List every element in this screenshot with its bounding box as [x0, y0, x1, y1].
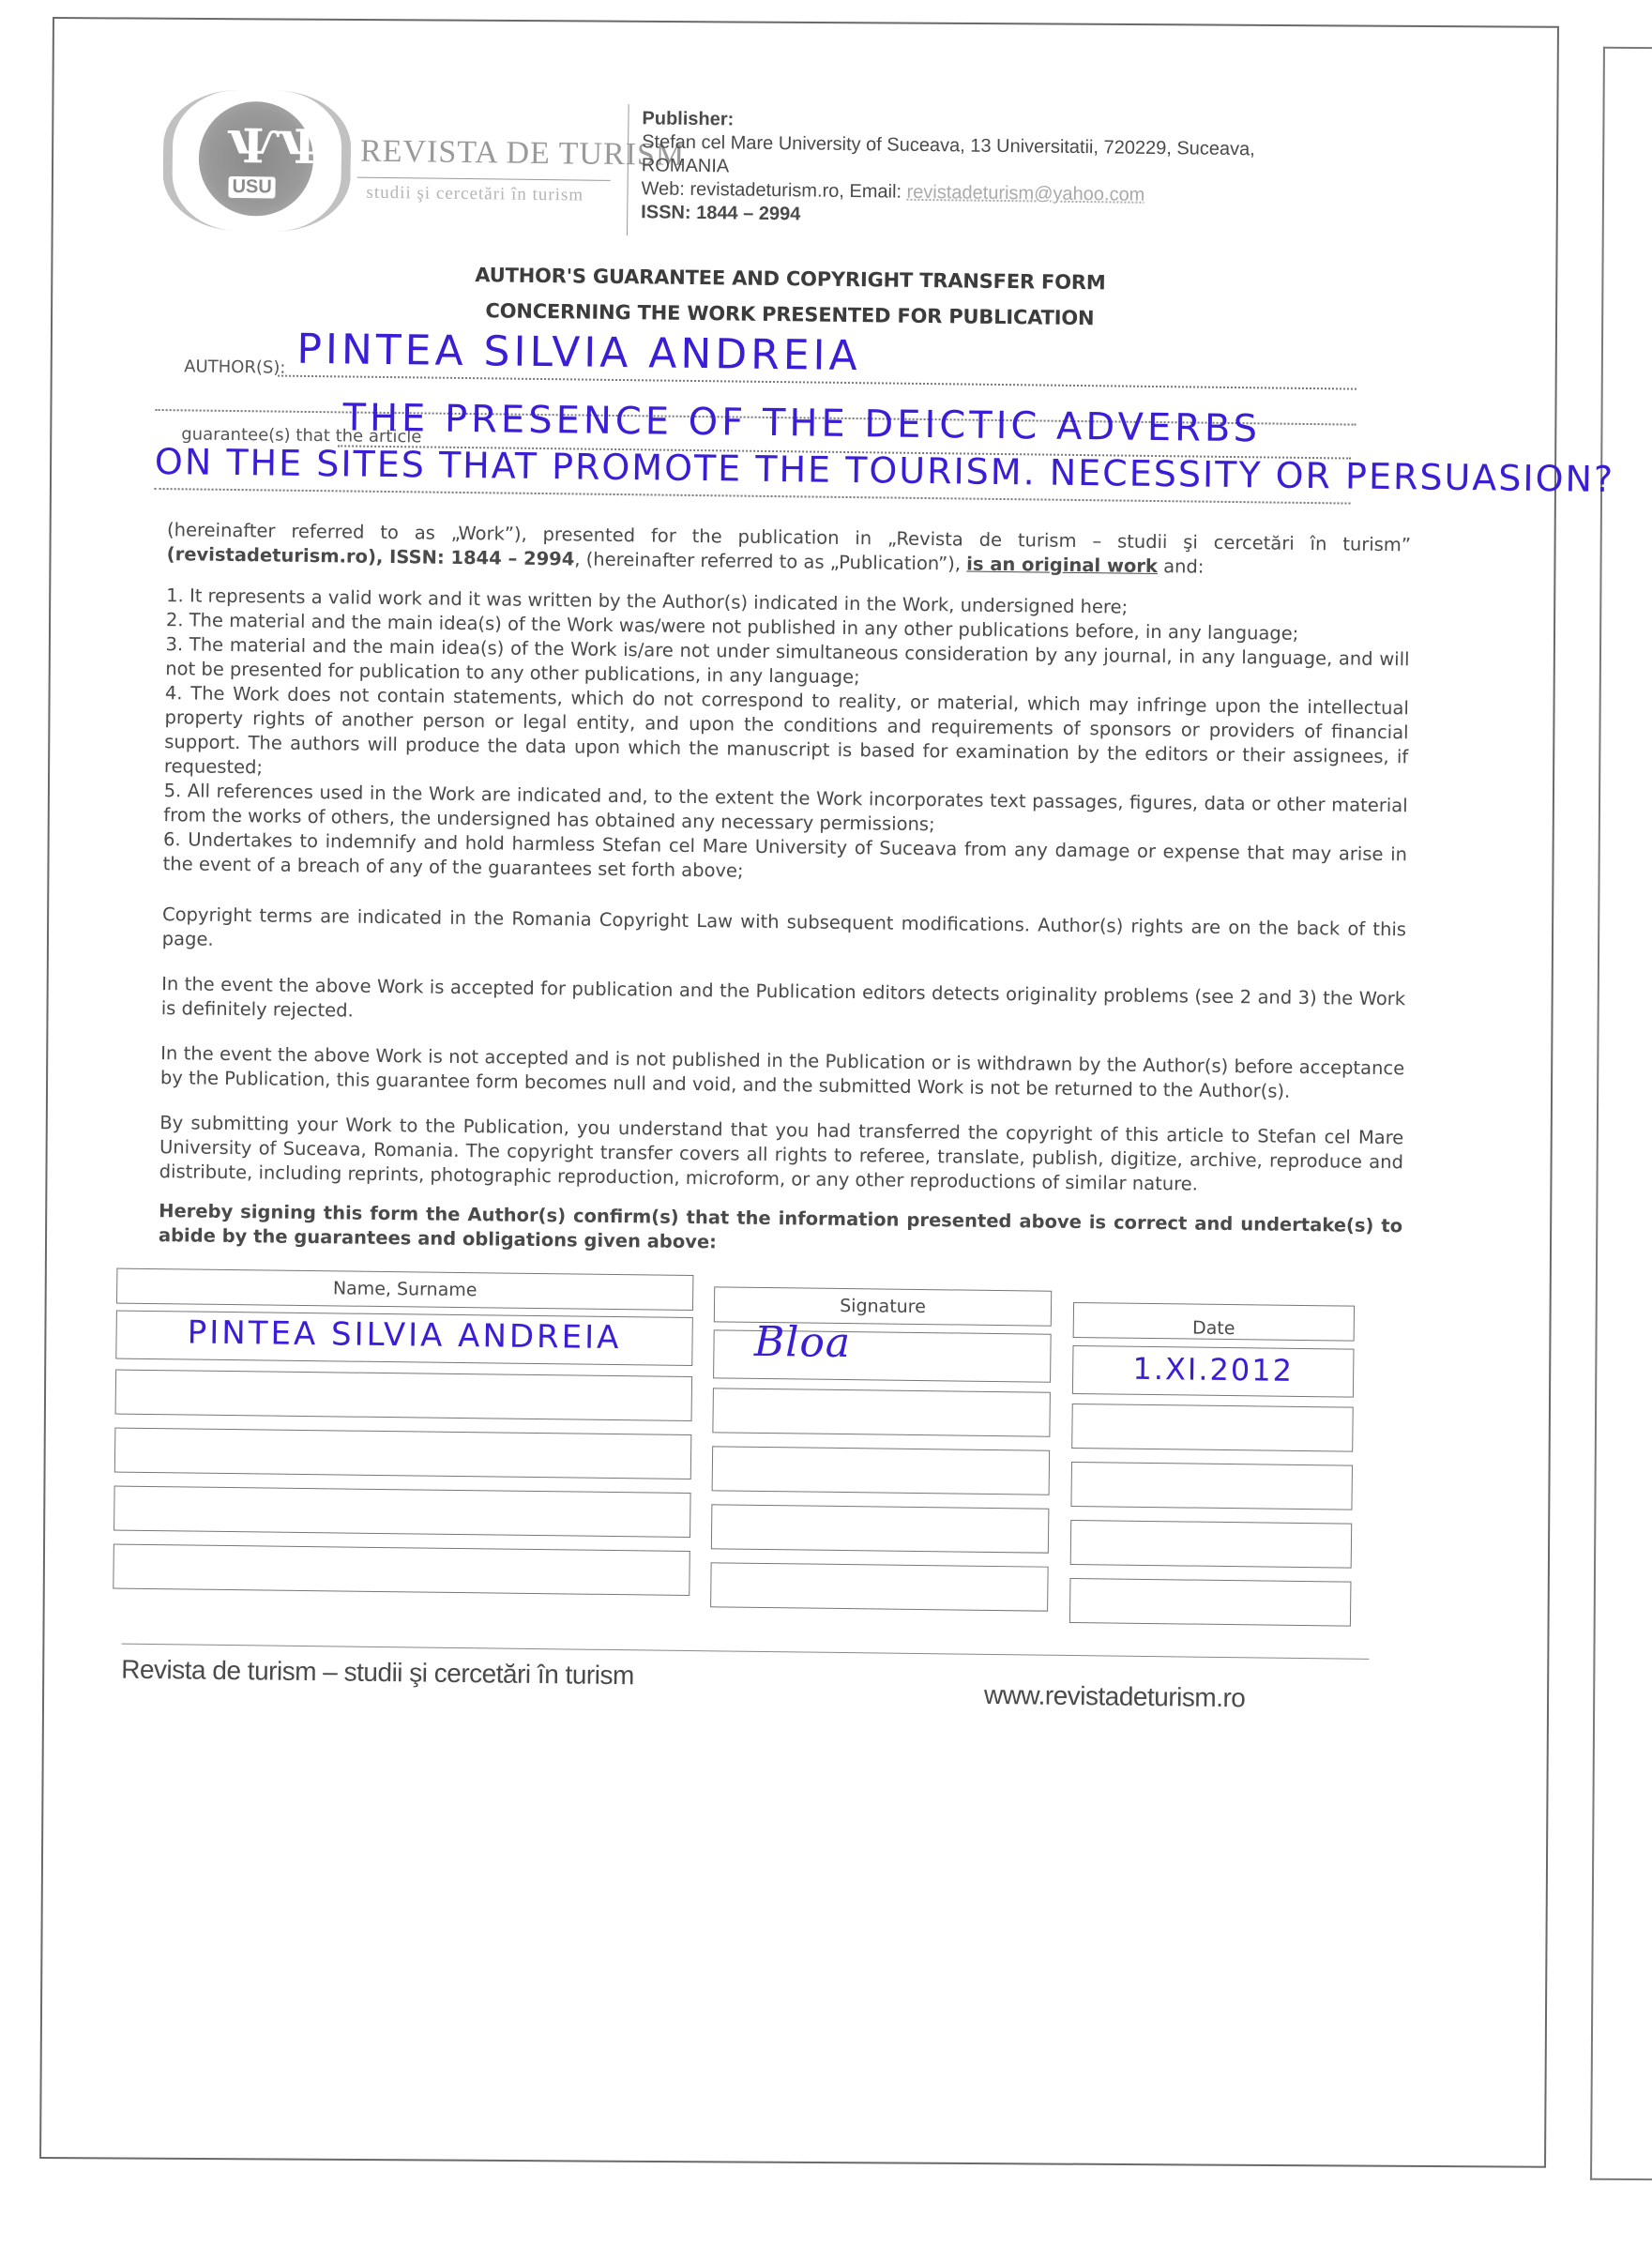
column-header-name: Name, Surname	[116, 1268, 693, 1312]
signature-cell[interactable]: Bloa	[713, 1329, 1052, 1382]
date-cell[interactable]	[1070, 1462, 1353, 1510]
divider	[357, 177, 611, 181]
column-header-date: Date	[1073, 1302, 1355, 1342]
usu-logo-icon: ѰѰ USU	[162, 89, 352, 232]
article-title-handwritten[interactable]: THE PRESENCE OF THE DEICTIC ADVERBS	[342, 396, 1261, 450]
clause-item: 4. The Work does not contain statements,…	[164, 681, 1409, 794]
intro-paragraph: (hereinafter referred to as „Work”), pre…	[167, 518, 1412, 582]
guarantee-clauses: 1. It represents a valid work and it was…	[163, 584, 1411, 891]
journal-subtitle: studii şi cercetări în turism	[366, 183, 584, 206]
email-link[interactable]: revistadeturism@yahoo.com	[906, 182, 1144, 205]
adjacent-page-edge	[1590, 47, 1652, 2180]
signature-cell[interactable]	[712, 1388, 1051, 1436]
date-cell[interactable]	[1071, 1404, 1354, 1452]
signature-cell[interactable]	[710, 1562, 1049, 1611]
signature-cell[interactable]	[712, 1446, 1051, 1495]
authors-field: AUTHOR(S): PINTEA SILVIA ANDREIA	[156, 328, 1423, 396]
terms-paragraph: In the event the above Work is not accep…	[160, 1041, 1405, 1105]
footer-website[interactable]: www.revistadeturism.ro	[984, 1680, 1246, 1713]
terms-paragraph: Copyright terms are indicated in the Rom…	[162, 903, 1407, 966]
form-page: ѰѰ USU REVISTA DE TURISM studii şi cerce…	[139, 75, 1425, 1743]
date-cell[interactable]: 1.XI.2012	[1072, 1345, 1355, 1398]
name-cell[interactable]	[113, 1544, 690, 1597]
article-field: guarantee(s) that the article THE PRESEN…	[155, 400, 1422, 508]
date-cell[interactable]	[1069, 1578, 1352, 1627]
journal-title: REVISTA DE TURISM	[360, 134, 686, 174]
document-footer: Revista de turism – studii şi cercetări …	[139, 1644, 1406, 1743]
footer-journal-name: Revista de turism – studii şi cercetări …	[121, 1655, 634, 1692]
authors-handwritten-value[interactable]: PINTEA SILVIA ANDREIA	[296, 326, 861, 380]
terms-paragraph: By submitting your Work to the Publicati…	[159, 1111, 1404, 1199]
signature-table: Name, Surname Signature Date PINTEA SILV…	[141, 1268, 1411, 1621]
date-cell[interactable]	[1070, 1520, 1353, 1569]
publisher-info: Publisher: Stefan cel Mare University of…	[641, 107, 1255, 232]
confirmation-statement: Hereby signing this form the Author(s) c…	[159, 1199, 1403, 1263]
terms-paragraph: In the event the above Work is accepted …	[161, 972, 1406, 1036]
document-header: ѰѰ USU REVISTA DE TURISM studii şi cerce…	[158, 75, 1426, 259]
signature-cell[interactable]	[711, 1504, 1050, 1553]
name-cell[interactable]	[114, 1486, 691, 1539]
authors-label: AUTHOR(S):	[184, 357, 285, 377]
name-cell[interactable]	[115, 1370, 693, 1422]
terms-paragraphs: Copyright terms are indicated in the Rom…	[159, 903, 1406, 1263]
name-cell[interactable]	[114, 1428, 692, 1480]
